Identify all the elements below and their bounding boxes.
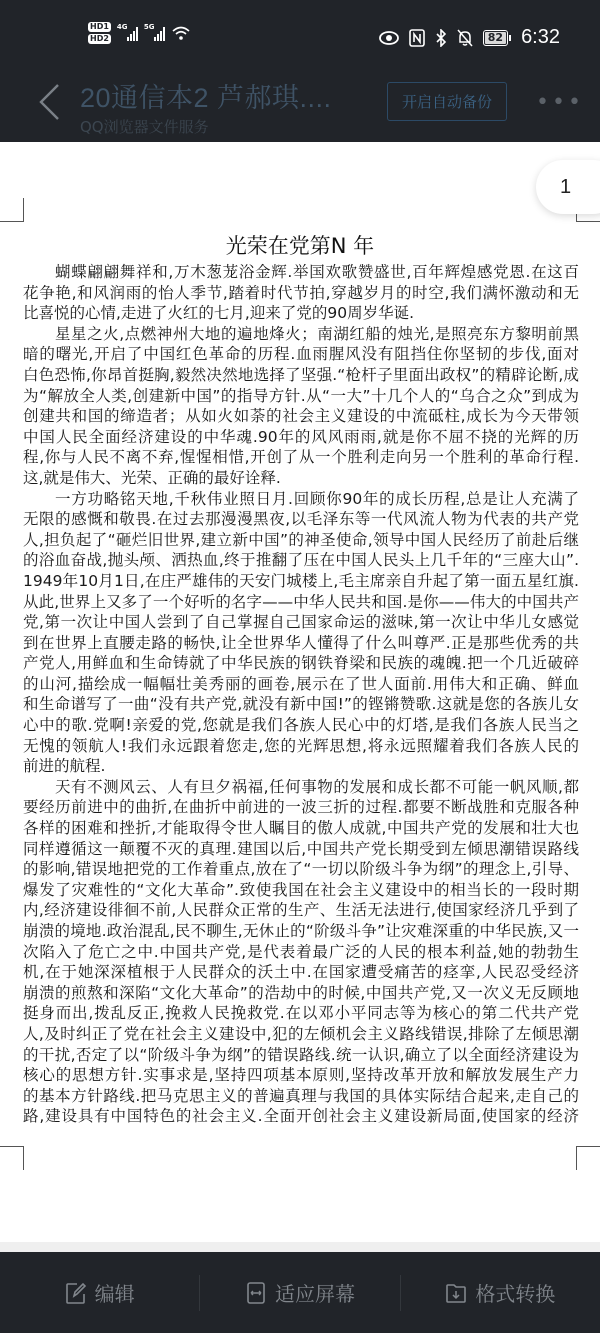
file-title: 20通信本2 芦郝琪.... <box>80 76 332 115</box>
page-number-indicator[interactable]: 1 <box>536 160 600 214</box>
fit-screen-label: 适应屏幕 <box>275 1278 355 1307</box>
hd-indicators: HD1 HD2 <box>88 22 111 44</box>
text-line: 同样遵循这一颠覆不灭的真理.建国以后,中国共产党长期受到左倾思潮错误路线 <box>23 839 579 860</box>
signal-5g-icon: 5G <box>144 25 165 41</box>
text-line: 次陷入了危亡之中.中国共产党,是代表着最广泛的人民的根本利益,她的勃勃生 <box>23 942 579 963</box>
document-body: 蝴蝶翩翩舞祥和,万木葱茏浴金辉.举国欢歌赞盛世,百年辉煌感党恩.在这百花争艳,和… <box>23 262 579 1127</box>
mute-icon <box>457 29 473 47</box>
eye-comfort-icon <box>379 31 399 45</box>
text-line: 和生命谱写了一曲“没有共产党,就没有新中国!”的铿锵赞歌.这就是您的各族儿女 <box>23 694 579 715</box>
text-line: 从此,世界上又多了一个好听的名字——中华人民共和国.是你——伟大的中国共产 <box>23 592 579 613</box>
signal-4g-icon: 4G <box>117 25 138 41</box>
nav-header: 20通信本2 芦郝琪.... QQ浏览器文件服务 开启自动备份 ••• <box>0 72 600 136</box>
clock: 6:32 <box>521 26 560 49</box>
text-line: 一方功略铭天地,千秋伟业照日月.回顾你90年的成长历程,总是让人充满了 <box>23 489 579 510</box>
text-line: 中国人民全面经济建设的中华魂.90年的风风雨雨,就是你不屈不挠的光辉的历 <box>23 427 579 448</box>
format-convert-label: 格式转换 <box>475 1278 555 1307</box>
bluetooth-icon <box>435 29 447 47</box>
text-line: 人,担负起了“砸烂旧世界,建立新中国”的神圣使命,领导中国人民经历了前赴后继 <box>23 530 579 551</box>
battery-icon: 82 <box>483 30 511 46</box>
text-line: 党,第一次让中国人尝到了自己掌握自己国家命运的滋味,第一次让中华儿女感觉 <box>23 612 579 633</box>
wifi-icon <box>171 25 191 41</box>
text-line: 到在世界上直腰走路的畅快,让全世界华人懂得了什么叫尊严.正是那些优秀的共 <box>23 633 579 654</box>
page-corner-mark <box>576 1146 600 1170</box>
text-line: 花争艳,和风润雨的怡人季节,踏着时代节拍,穿越岁月的时空,我们满怀激动和无 <box>23 283 579 304</box>
text-line: 白色恐怖,你昂首挺胸,毅然决然地选择了坚强.“枪杆子里面出政权”的精辟论断,成 <box>23 365 579 386</box>
document-viewer[interactable]: 1 光荣在党第N 年 蝴蝶翩翩舞祥和,万木葱茏浴金辉.举国欢歌赞盛世,百年辉煌感… <box>0 142 600 1242</box>
auto-backup-button[interactable]: 开启自动备份 <box>387 82 507 121</box>
text-line: 心中的歌.党啊!亲爱的党,您就是我们各族人民心中的灯塔,是我们各族人民当之 <box>23 715 579 736</box>
text-line: 崩溃的境地.政治混乱,民不聊生,无休止的“阶级斗争”让灾难深重的中华民族,又一 <box>23 921 579 942</box>
text-line: 挺身而出,拨乱反正,挽救人民挽救党.在以邓小平同志等为核心的第二代共产党 <box>23 1003 579 1024</box>
text-line: 人,及时纠正了党在社会主义建设中,犯的左倾机会主义路线错误,排除了左倾思潮 <box>23 1024 579 1045</box>
page-corner-mark <box>0 1146 24 1170</box>
more-options-icon[interactable]: ••• <box>536 90 584 115</box>
edit-icon <box>65 1281 87 1305</box>
text-line: 的干扰,否定了以“阶级斗争为纲”的错误路线.统一认识,确立了以全面经济建设为 <box>23 1045 579 1066</box>
text-line: 崩溃的煎熬和深陷“文化大革命”的浩劫中的时候,中国共产党,又一次义无反顾地 <box>23 983 579 1004</box>
file-subtitle: QQ浏览器文件服务 <box>80 116 332 137</box>
text-line: 暗的曙光,开启了中国红色革命的历程.血雨腥风没有阻挡住你坚韧的步伐,面对 <box>23 344 579 365</box>
format-convert-icon <box>445 1281 467 1305</box>
hd2-icon: HD2 <box>88 34 111 44</box>
text-line: 天有不测风云、人有旦夕祸福,任何事物的发展和成长都不可能一帆风顺,都 <box>23 777 579 798</box>
text-line: 要经历前进中的曲折,在曲折中前进的一波三折的过程.都要不断战胜和克服各种 <box>23 797 579 818</box>
top-bar: HD1 HD2 4G 5G 82 <box>0 0 600 142</box>
page-gap <box>0 1242 600 1252</box>
text-line: 爆发了灾难性的“文化大革命”.致使我国在社会主义建设中的相当长的一段时期 <box>23 880 579 901</box>
format-convert-button[interactable]: 格式转换 <box>401 1273 600 1313</box>
text-line: 蝴蝶翩翩舞祥和,万木葱茏浴金辉.举国欢歌赞盛世,百年辉煌感党恩.在这百 <box>23 262 579 283</box>
text-line: 的影响,错误地把党的工作着重点,放在了“一切以阶级斗争为纲”的理念上,引导、 <box>23 859 579 880</box>
text-line: 的山河,描绘成一幅幅壮美秀丽的画卷,展示在了世人面前.用伟大和正确、鲜血 <box>23 674 579 695</box>
bottom-toolbar: 编辑 适应屏幕 格式转换 <box>0 1252 600 1333</box>
edit-button[interactable]: 编辑 <box>0 1273 199 1313</box>
text-line: 各样的困难和挫折,才能取得令世人瞩目的傲人成就,中国共产党的发展和壮大也 <box>23 818 579 839</box>
fit-screen-icon <box>245 1281 267 1305</box>
text-line: 创建共和国的缔造者；从如火如荼的社会主义建设的中流砥柱,成长为今天带领 <box>23 406 579 427</box>
text-line: 机,在于她深深植根于人民群众的沃土中.在国家遭受痛苦的痉挛,人民忍受经济 <box>23 962 579 983</box>
text-line: 核心的思想方针.实事求是,坚持四项基本原则,坚持改革开放和解放发展生产力 <box>23 1065 579 1086</box>
text-line: 为“解放全人类,创建新中国”的指导方针.从“一大”十几个人的“乌合之众”到成为 <box>23 386 579 407</box>
text-line: 比喜悦的心情,走进了火红的七月,迎来了党的90周岁华诞. <box>23 303 579 324</box>
status-bar: HD1 HD2 4G 5G 82 <box>0 0 600 72</box>
text-line: 产党人,用鲜血和生命铸就了中华民族的钢铁脊梁和民族的魂魄.把一个几近破碎 <box>23 653 579 674</box>
text-line: 路,建设具有中国特色的社会主义.全面开创社会主义建设新局面,使国家的经济 <box>23 1106 579 1127</box>
hd1-icon: HD1 <box>88 22 111 32</box>
text-line: 的基本方针路线.把马克思主义的普遍真理与我国的具体实际结合起来,走自己的 <box>23 1086 579 1107</box>
edit-label: 编辑 <box>95 1278 135 1307</box>
status-right: 82 6:32 <box>379 26 560 49</box>
text-line: 程,你与人民不离不弃,惺惺相惜,开创了从一个胜利走向另一个胜利的革命行程. <box>23 447 579 468</box>
title-block: 20通信本2 芦郝琪.... QQ浏览器文件服务 <box>80 76 332 137</box>
page-corner-mark <box>0 198 24 222</box>
back-button[interactable] <box>36 82 62 122</box>
status-left: HD1 HD2 4G 5G <box>88 22 191 44</box>
text-line: 内,经济建设徘徊不前,人民群众正常的生产、生活无法进行,使国家经济几乎到了 <box>23 900 579 921</box>
text-line: 前进的航程. <box>23 756 579 777</box>
text-line: 无限的感慨和敬畏.在过去那漫漫黑夜,以毛泽东等一代风流人物为代表的共产党 <box>23 509 579 530</box>
fit-screen-button[interactable]: 适应屏幕 <box>200 1273 399 1313</box>
document-title: 光荣在党第N 年 <box>0 230 600 260</box>
text-line: 1949年10月1日,在庄严雄伟的天安门城楼上,毛主席亲自升起了第一面五星红旗. <box>23 571 579 592</box>
text-line: 这,就是伟大、光荣、正确的最好诠释. <box>23 468 579 489</box>
text-line: 星星之火,点燃神州大地的遍地烽火；南湖红船的烛光,是照亮东方黎明前黑 <box>23 324 579 345</box>
text-line: 无愧的领航人!我们永远跟着您走,您的光辉思想,将永远照耀着我们各族人民的 <box>23 736 579 757</box>
text-line: 的浴血奋战,抛头颅、洒热血,终于推翻了压在中国人民头上几千年的“三座大山”. <box>23 550 579 571</box>
nfc-icon <box>409 29 425 47</box>
